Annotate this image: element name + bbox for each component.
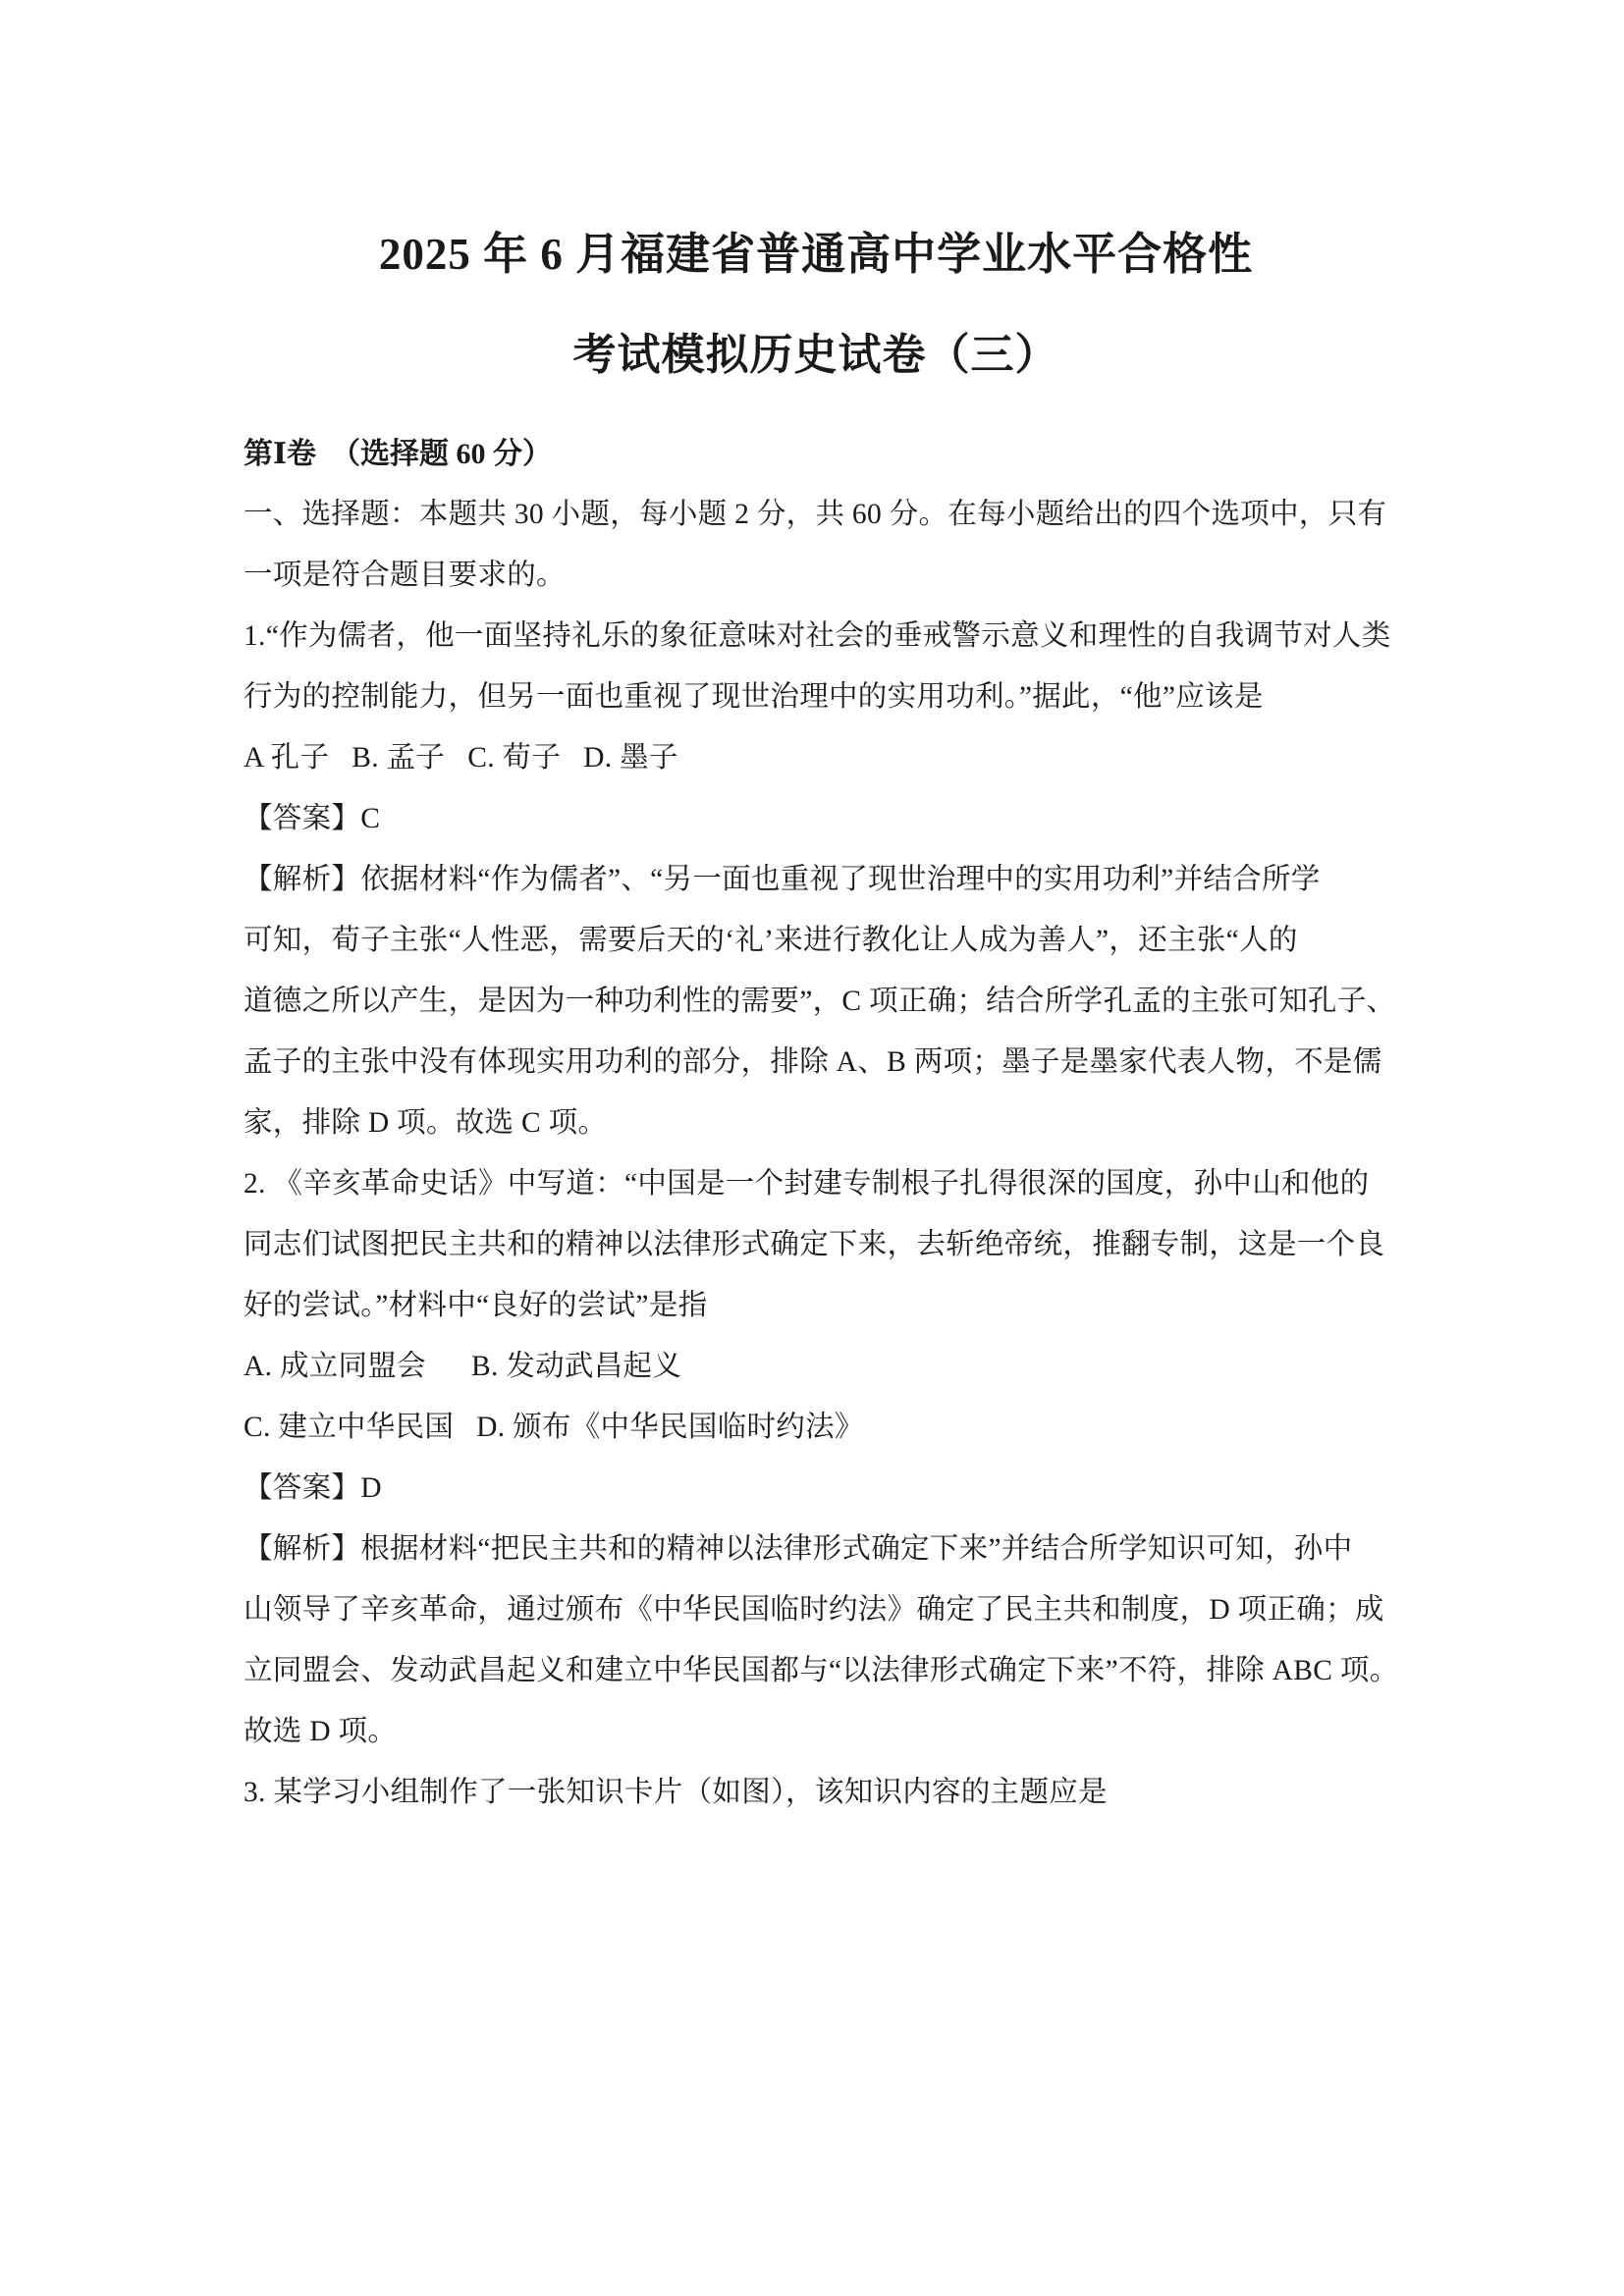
question-1-analysis-line-5: 家，排除 D 项。故选 C 项。 <box>244 1093 1388 1153</box>
question-1-answer-line: 【答案】C <box>244 788 1388 849</box>
instructions-line-1: 一、选择题：本题共 30 小题，每小题 2 分，共 60 分。在每小题给出的四个… <box>244 484 1388 545</box>
instructions-line-2: 一项是符合题目要求的。 <box>244 545 1388 606</box>
exam-body: 一、选择题：本题共 30 小题，每小题 2 分，共 60 分。在每小题给出的四个… <box>244 484 1388 1823</box>
question-2-analysis-line-4: 故选 D 项。 <box>244 1701 1388 1762</box>
page-content: 2025 年 6 月福建省普通高中学业水平合格性 考试模拟历史试卷（三） 第Ⅰ卷… <box>0 224 1624 1823</box>
exam-title-line-2: 考试模拟历史试卷（三） <box>244 325 1388 386</box>
exam-document-page: 2025 年 6 月福建省普通高中学业水平合格性 考试模拟历史试卷（三） 第Ⅰ卷… <box>0 0 1624 2296</box>
question-3-stem-line-1: 3. 某学习小组制作了一张知识卡片（如图），该知识内容的主题应是 <box>244 1762 1388 1823</box>
question-2-stem-line-1: 2. 《辛亥革命史话》中写道：“中国是一个封建专制根子扎得很深的国度，孙中山和他… <box>244 1153 1388 1214</box>
question-2-answer-line: 【答案】D <box>244 1458 1388 1519</box>
question-2-stem-line-2: 同志们试图把民主共和的精神以法律形式确定下来，去斩绝帝统，推翻专制，这是一个良 <box>244 1214 1388 1275</box>
question-1-stem-line-2: 行为的控制能力，但另一面也重视了现世治理中的实用功利。”据此，“他”应该是 <box>244 667 1388 727</box>
question-1-stem-line-1: 1.“作为儒者，他一面坚持礼乐的象征意味对社会的垂戒警示意义和理性的自我调节对人… <box>244 606 1388 667</box>
question-2-analysis-line-3: 立同盟会、发动武昌起义和建立中华民国都与“以法律形式确定下来”不符，排除 ABC… <box>244 1640 1388 1701</box>
question-2-analysis-line-1: 【解析】根据材料“把民主共和的精神以法律形式确定下来”并结合所学知识可知，孙中 <box>244 1519 1388 1579</box>
exam-title-line-1: 2025 年 6 月福建省普通高中学业水平合格性 <box>244 224 1388 286</box>
question-2-options-line-2: C. 建立中华民国 D. 颁布《中华民国临时约法》 <box>244 1397 1388 1458</box>
question-2-options-line-1: A. 成立同盟会 B. 发动武昌起义 <box>244 1336 1388 1397</box>
question-2-stem-line-3: 好的尝试。”材料中“良好的尝试”是指 <box>244 1275 1388 1336</box>
question-1-analysis-line-4: 孟子的主张中没有体现实用功利的部分，排除 A、B 两项；墨子是墨家代表人物，不是… <box>244 1032 1388 1093</box>
question-1-analysis-line-1: 【解析】依据材料“作为儒者”、“另一面也重视了现世治理中的实用功利”并结合所学 <box>244 849 1388 910</box>
question-2-analysis-line-2: 山领导了辛亥革命，通过颁布《中华民国临时约法》确定了民主共和制度，D 项正确；成 <box>244 1579 1388 1640</box>
question-1-options-line: A 孔子 B. 孟子 C. 荀子 D. 墨子 <box>244 727 1388 788</box>
section-heading: 第Ⅰ卷 （选择题 60 分） <box>244 437 1388 472</box>
question-1-analysis-line-2: 可知，荀子主张“人性恶，需要后天的‘礼’来进行教化让人成为善人”，还主张“人的 <box>244 910 1388 971</box>
question-1-analysis-line-3: 道德之所以产生，是因为一种功利性的需要”，C 项正确；结合所学孔孟的主张可知孔子… <box>244 971 1388 1032</box>
